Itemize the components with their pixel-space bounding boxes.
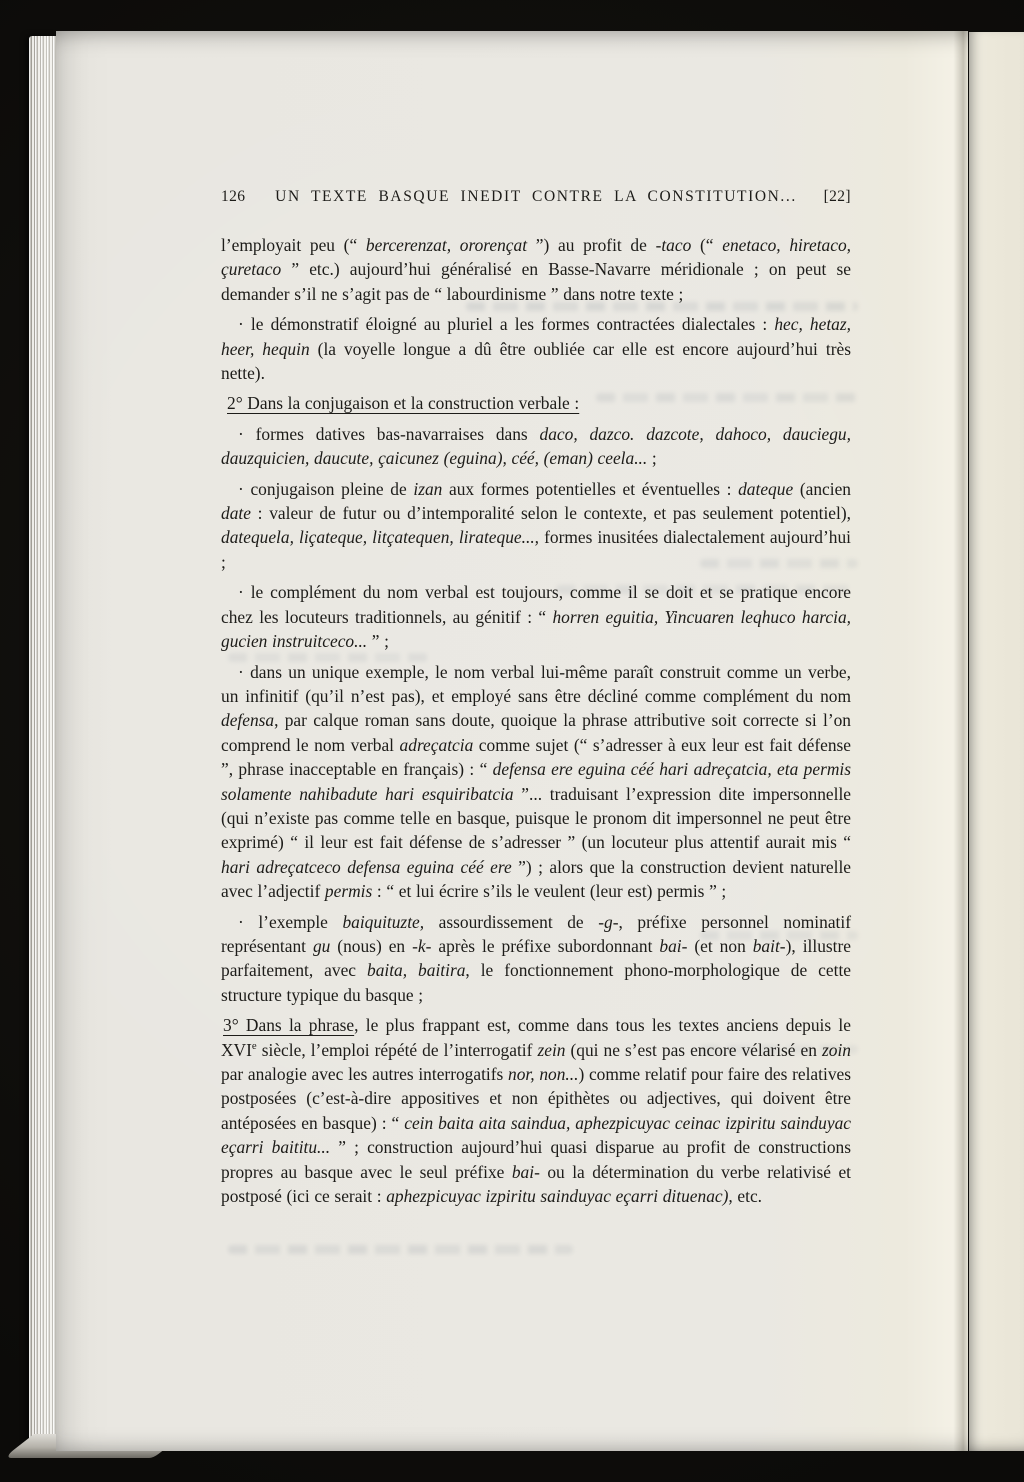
italic-text: dateque xyxy=(738,479,793,499)
paragraph-continuation: l’employait peu (“ bercerenzat, ororença… xyxy=(221,233,851,306)
text-run: · le démonstratif éloigné au pluriel a l… xyxy=(238,314,774,334)
page-number: 126 xyxy=(221,188,275,206)
adjacent-page-edge xyxy=(969,32,1024,1451)
italic-text: permis xyxy=(325,881,372,901)
text-run: (qui ne s’est pas encore vélarisé en xyxy=(565,1040,822,1060)
running-header: 126 UN TEXTE BASQUE INEDIT CONTRE LA CON… xyxy=(221,188,851,206)
text-run: l’employait peu (“ xyxy=(221,235,366,255)
text-run: aux formes potentielles et éventuelles : xyxy=(442,479,738,499)
italic-text: datequela, liçateque, litçatequen, lirat… xyxy=(221,527,539,547)
paragraph-bullet: · formes datives bas-navarraises dans da… xyxy=(221,422,851,471)
text-run: après le préfixe subordonnant xyxy=(431,936,659,956)
paragraph-section: 3° Dans la phrase, le plus frappant est,… xyxy=(221,1013,851,1208)
italic-text: bai- xyxy=(659,936,687,956)
italic-text: baita, baitira xyxy=(367,960,465,980)
text-run: · dans un unique exemple, le nom verbal … xyxy=(221,662,851,706)
paragraph-bullet: · conjugaison pleine de izan aux formes … xyxy=(221,477,851,575)
text-run: · formes datives bas-navarraises dans xyxy=(238,424,540,444)
paragraph-bullet: · le démonstratif éloigné au pluriel a l… xyxy=(221,312,851,385)
text-run: siècle, l’emploi répété de l’interrogati… xyxy=(257,1040,538,1060)
italic-text: defensa xyxy=(221,710,274,730)
italic-text: zoin xyxy=(822,1040,851,1060)
page-edge-stack-left xyxy=(29,36,57,1446)
italic-text: hari adreçatceco defensa eguina céé ere xyxy=(221,857,512,877)
paragraph-bullet: · dans un unique exemple, le nom verbal … xyxy=(221,660,851,904)
italic-text: zein xyxy=(537,1040,565,1060)
text-run: ; xyxy=(647,448,656,468)
italic-text: bait- xyxy=(753,936,786,956)
bracket-reference: [22] xyxy=(797,188,851,206)
text-run: ” ; xyxy=(367,631,389,651)
running-title: UN TEXTE BASQUE INEDIT CONTRE LA CONSTIT… xyxy=(275,188,797,206)
text-run: : valeur de futur ou d’intemporalité sel… xyxy=(251,503,851,523)
italic-text: date xyxy=(221,503,251,523)
book-page: 126 UN TEXTE BASQUE INEDIT CONTRE LA CON… xyxy=(56,31,968,1451)
underlined-text: 3° Dans la phrase xyxy=(223,1015,354,1035)
text-body: l’employait peu (“ bercerenzat, ororença… xyxy=(221,233,851,1208)
paragraph-bullet: · le complément du nom verbal est toujou… xyxy=(221,580,851,653)
text-run: : “ et lui écrire s’ils le veulent (leur… xyxy=(372,881,726,901)
bleedthrough-smudge xyxy=(228,1245,573,1254)
text-run: (nous) en xyxy=(330,936,412,956)
text-run: · conjugaison pleine de xyxy=(238,479,413,499)
paragraph-heading: 2° Dans la conjugaison et la constructio… xyxy=(221,391,851,415)
italic-text: adreçatcia xyxy=(400,735,474,755)
italic-text: -k- xyxy=(412,936,431,956)
paragraph-bullet: · l’exemple baiquituzte, assourdissement… xyxy=(221,910,851,1008)
italic-text: aphezpicuyac izpiritu sainduyac eçarri d… xyxy=(386,1186,733,1206)
italic-text: bai- xyxy=(512,1162,540,1182)
text-run: par analogie avec les autres interrogati… xyxy=(221,1064,508,1084)
text-run: (“ xyxy=(691,235,722,255)
text-run: (la voyelle longue a dû être oubliée car… xyxy=(221,339,851,383)
text-run: assourdissement de xyxy=(424,912,598,932)
italic-text: nor, non... xyxy=(508,1064,578,1084)
text-run: (et non xyxy=(687,936,752,956)
italic-text: baiquituzte, xyxy=(342,912,424,932)
text-run: · l’exemple xyxy=(238,912,342,932)
text-run: ”) au profit de xyxy=(527,235,656,255)
italic-text: -taco xyxy=(656,235,692,255)
text-run: ” etc.) aujourd’hui généralisé en Basse-… xyxy=(221,259,851,303)
italic-text: gu xyxy=(313,936,330,956)
text-column: 126 UN TEXTE BASQUE INEDIT CONTRE LA CON… xyxy=(221,188,851,1214)
underlined-text: 2° Dans la conjugaison et la constructio… xyxy=(227,393,579,413)
italic-text: izan xyxy=(413,479,442,499)
italic-text: -g- xyxy=(598,912,618,932)
text-run: (ancien xyxy=(793,479,851,499)
text-run: etc. xyxy=(733,1186,762,1206)
italic-text: bercerenzat, ororençat xyxy=(366,235,527,255)
